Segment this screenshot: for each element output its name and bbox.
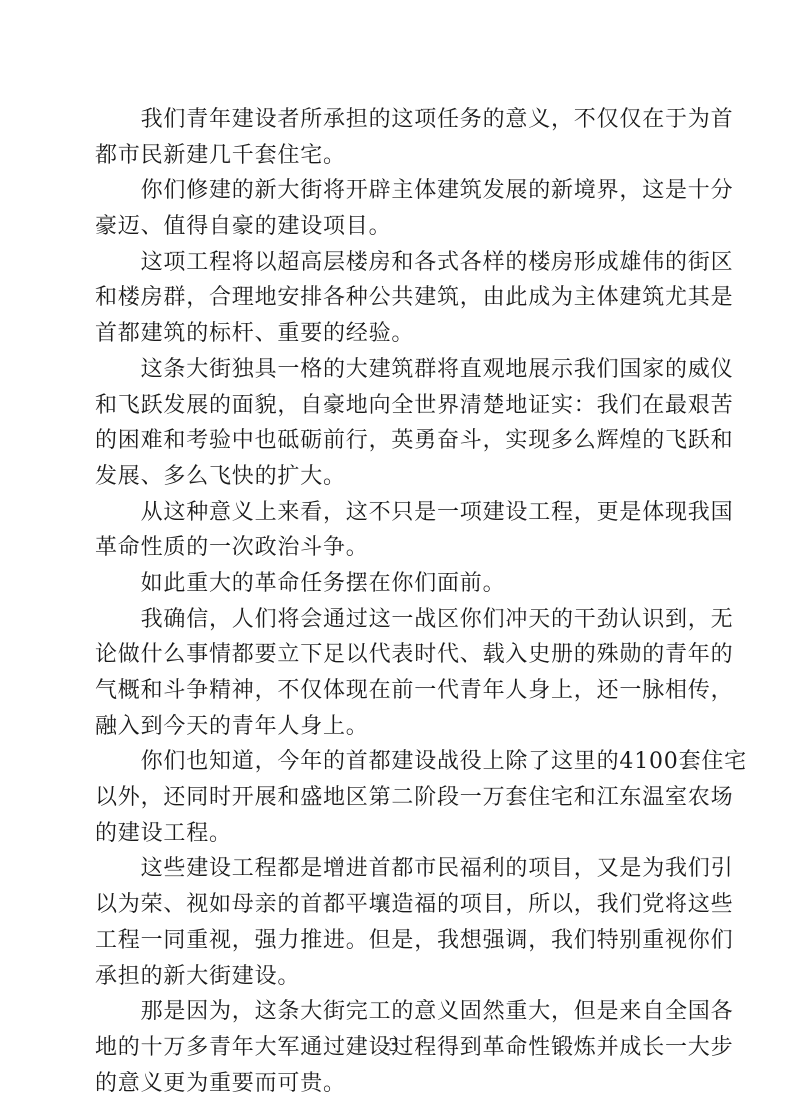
paragraph-7: 我确信，人们将会通过这一战区你们冲天的干劲认识到，无 论做什么事情都要立下足以代… [95, 602, 695, 745]
text-line: 那是因为，这条大街完工的意义固然重大，但是来自全国各 [95, 994, 695, 1030]
text-line: 和楼房群，合理地安排各种公共建筑，由此成为主体建筑尤其是 [95, 280, 695, 316]
text-line: 气概和斗争精神，不仅体现在前一代青年人身上，还一脉相传， [95, 673, 695, 709]
text-line: 的建设工程。 [95, 816, 695, 852]
paragraph-5: 从这种意义上来看，这不只是一项建设工程，更是体现我国 革命性质的一次政治斗争。 [95, 495, 695, 566]
document-body: 我们青年建设者所承担的这项任务的意义，不仅仅在于为首 都市民新建几千套住宅。 你… [95, 102, 695, 1101]
paragraph-1: 我们青年建设者所承担的这项任务的意义，不仅仅在于为首 都市民新建几千套住宅。 [95, 102, 695, 173]
text-line: 我确信，人们将会通过这一战区你们冲天的干劲认识到，无 [95, 602, 695, 638]
paragraph-9: 这些建设工程都是增进首都市民福利的项目，又是为我们引 以为荣、视如母亲的首都平壤… [95, 851, 695, 994]
paragraph-8: 你们也知道，今年的首都建设战役上除了这里的4100套住宅 以外，还同时开展和盛地… [95, 744, 695, 851]
text-line: 你们也知道，今年的首都建设战役上除了这里的4100套住宅 [95, 744, 695, 780]
text-line: 工程一同重视，强力推进。但是，我想强调，我们特别重视你们 [95, 923, 695, 959]
text-line: 论做什么事情都要立下足以代表时代、载入史册的殊勋的青年的 [95, 637, 695, 673]
paragraph-2: 你们修建的新大街将开辟主体建筑发展的新境界，这是十分 豪迈、值得自豪的建设项目。 [95, 173, 695, 244]
text-line: 首都建筑的标杆、重要的经验。 [95, 316, 695, 352]
text-line: 和飞跃发展的面貌，自豪地向全世界清楚地证实：我们在最艰苦 [95, 388, 695, 424]
paragraph-6: 如此重大的革命任务摆在你们面前。 [95, 566, 695, 602]
text-line: 这些建设工程都是增进首都市民福利的项目，又是为我们引 [95, 851, 695, 887]
text-line: 你们修建的新大街将开辟主体建筑发展的新境界，这是十分 [95, 173, 695, 209]
text-line: 的困难和考验中也砥砺前行，英勇奋斗，实现多么辉煌的飞跃和 [95, 423, 695, 459]
text-line: 这条大街独具一格的大建筑群将直观地展示我们国家的威仪 [95, 352, 695, 388]
text-line: 如此重大的革命任务摆在你们面前。 [95, 566, 695, 602]
text-line: 我们青年建设者所承担的这项任务的意义，不仅仅在于为首 [95, 102, 695, 138]
text-line: 这项工程将以超高层楼房和各式各样的楼房形成雄伟的街区 [95, 245, 695, 281]
text-line: 都市民新建几千套住宅。 [95, 138, 695, 174]
text-line: 承担的新大街建设。 [95, 959, 695, 995]
page-number: 3 [0, 1032, 787, 1058]
text-line: 以外，还同时开展和盛地区第二阶段一万套住宅和江东温室农场 [95, 780, 695, 816]
text-line: 发展、多么飞快的扩大。 [95, 459, 695, 495]
text-line: 从这种意义上来看，这不只是一项建设工程，更是体现我国 [95, 495, 695, 531]
paragraph-3: 这项工程将以超高层楼房和各式各样的楼房形成雄伟的街区 和楼房群，合理地安排各种公… [95, 245, 695, 352]
text-line: 融入到今天的青年人身上。 [95, 709, 695, 745]
text-line: 豪迈、值得自豪的建设项目。 [95, 209, 695, 245]
text-line: 革命性质的一次政治斗争。 [95, 530, 695, 566]
text-line: 以为荣、视如母亲的首都平壤造福的项目，所以，我们党将这些 [95, 887, 695, 923]
paragraph-4: 这条大街独具一格的大建筑群将直观地展示我们国家的威仪 和飞跃发展的面貌，自豪地向… [95, 352, 695, 495]
text-line: 的意义更为重要而可贵。 [95, 1066, 695, 1102]
